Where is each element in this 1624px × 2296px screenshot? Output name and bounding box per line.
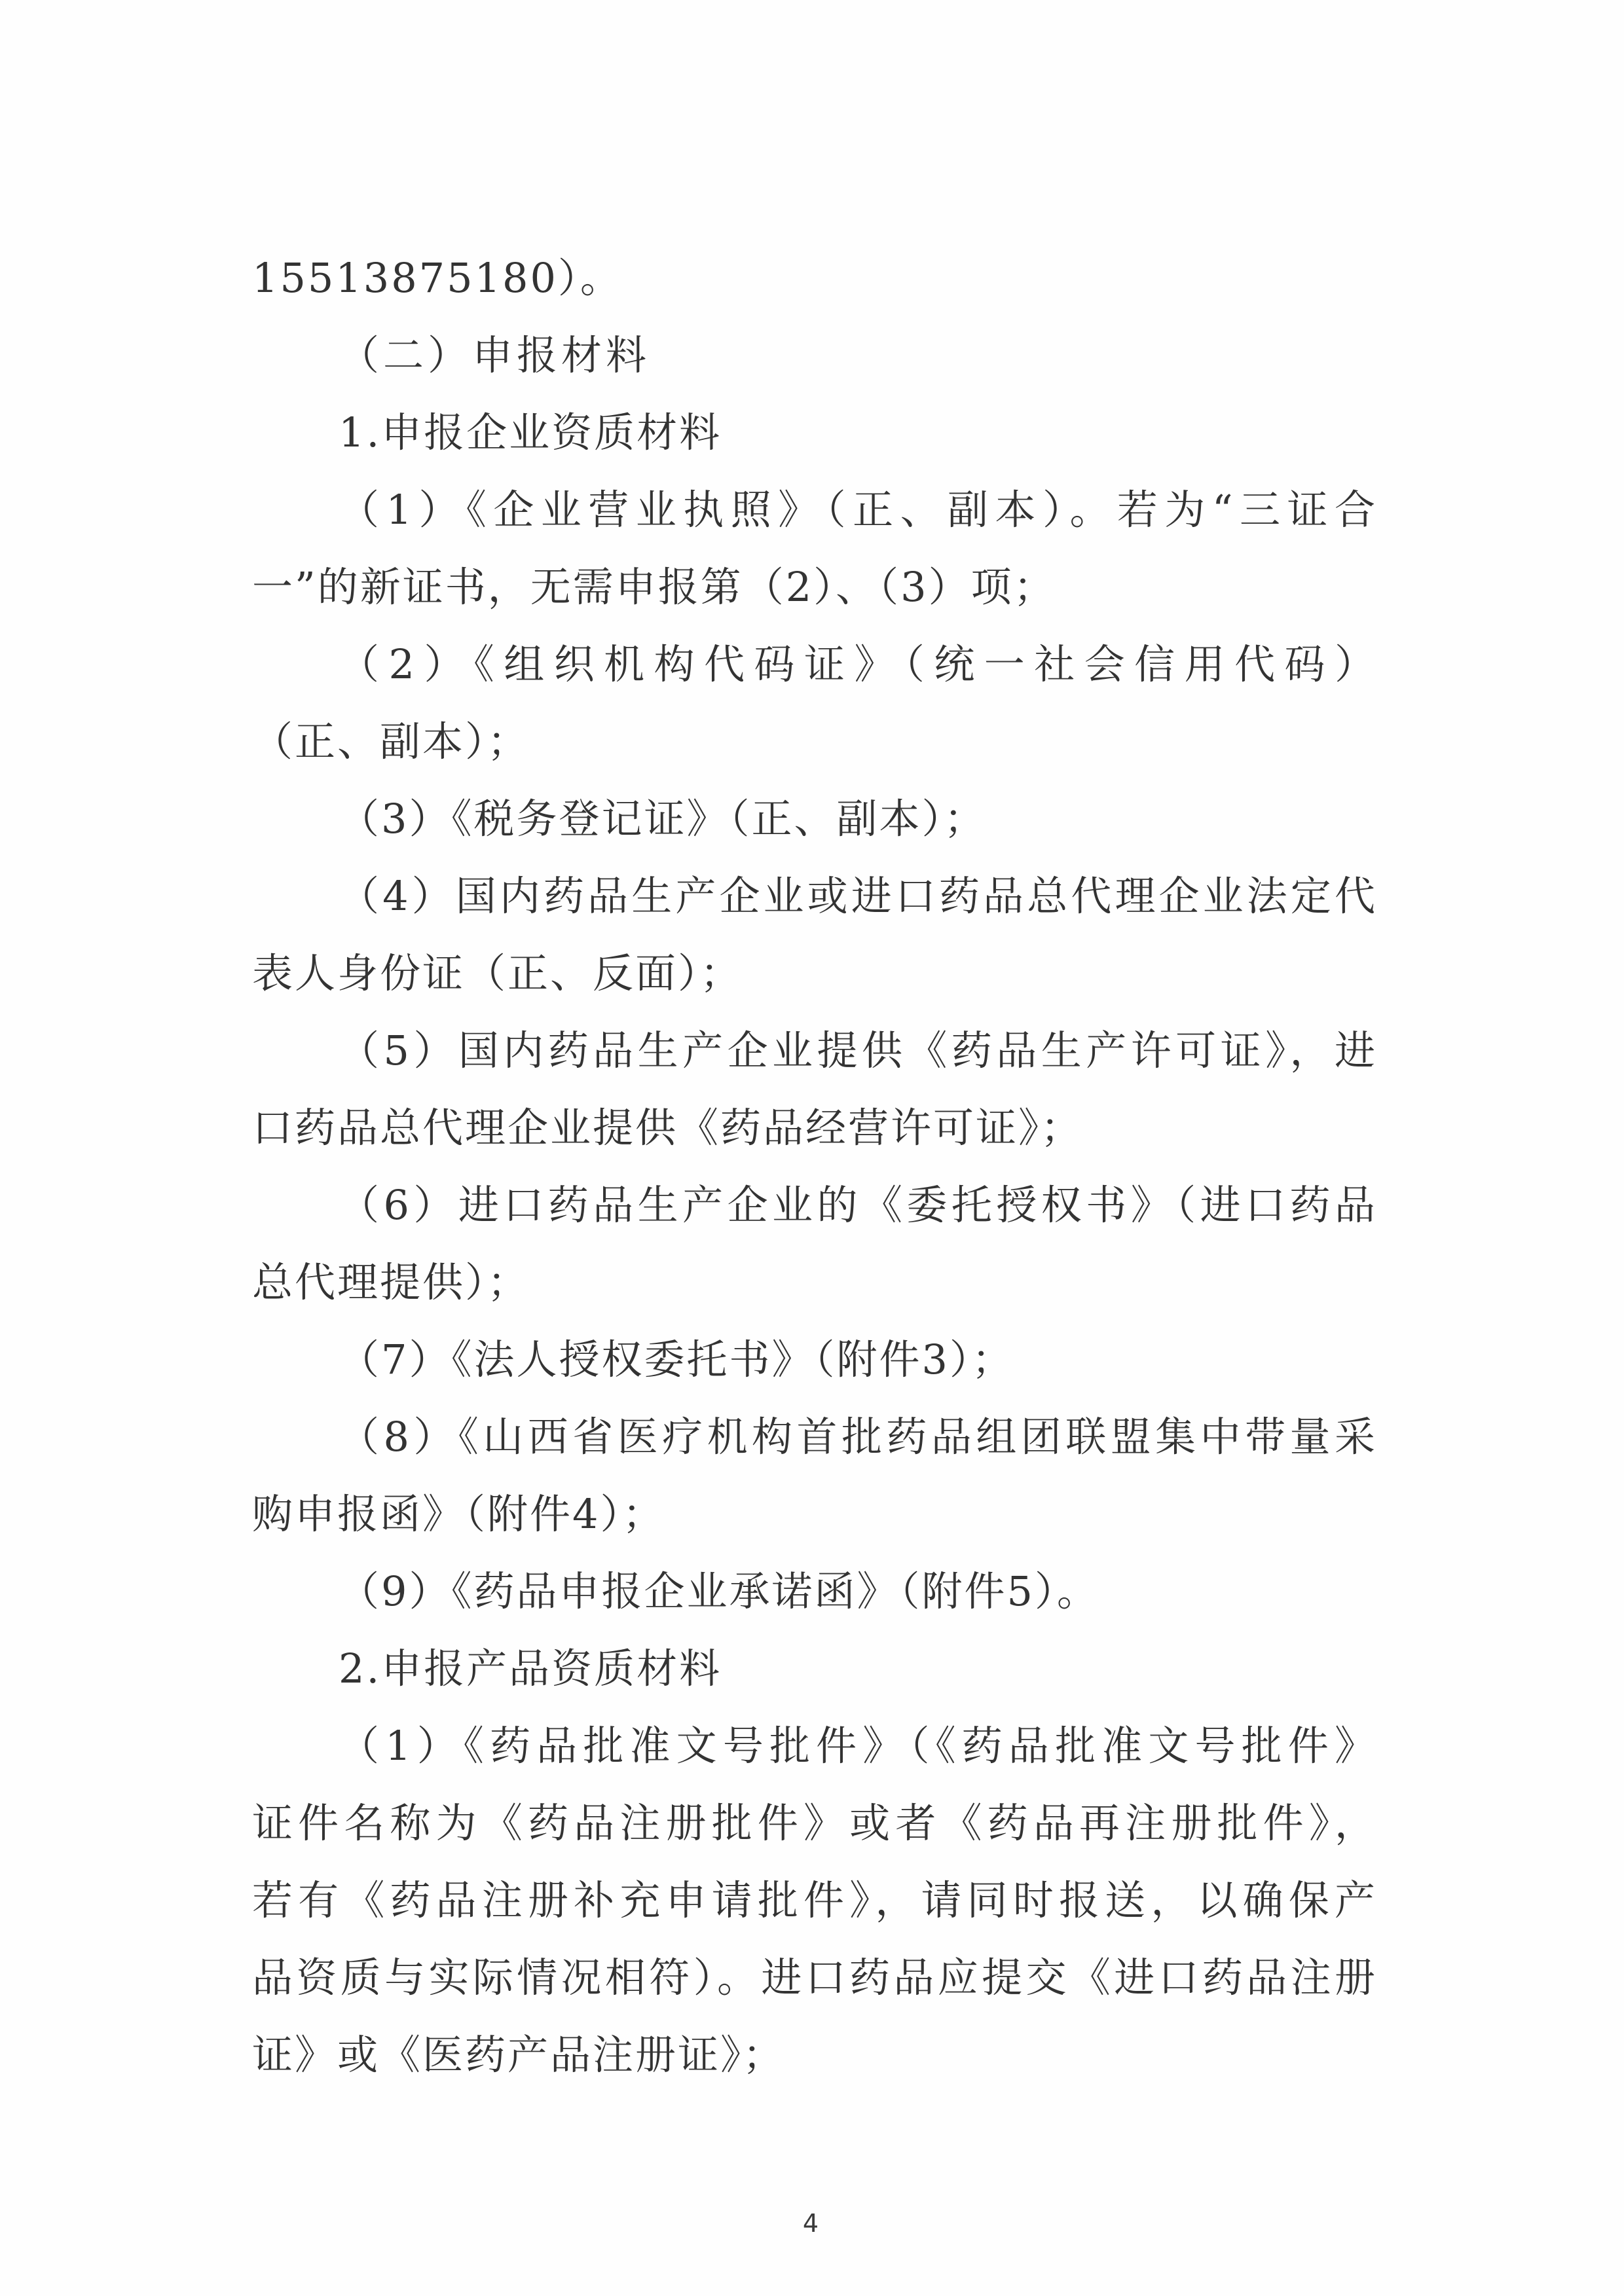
item-5-line-2: 口药品总代理企业提供《药品经营许可证》； (252, 1089, 1377, 1167)
item-6-line-2: 总代理提供）； (252, 1244, 1377, 1321)
body-text: 15513875180）。 （二）申报材料 1.申报企业资质材料 （1）《企业营… (252, 240, 1377, 2094)
subsection-heading-enterprise-qualifications: 1.申报企业资质材料 (252, 394, 1377, 471)
item-7-line-1: （7）《法人授权委托书》（附件3）； (252, 1321, 1377, 1398)
item-8-line-1: （8）《山西省医疗机构首批药品组团联盟集中带量采 (252, 1398, 1377, 1476)
subsection-heading-product-qualifications: 2.申报产品资质材料 (252, 1630, 1377, 1707)
item-5-line-1: （5）国内药品生产企业提供《药品生产许可证》，进 (252, 1012, 1377, 1089)
item-3-line-1: （3）《税务登记证》（正、副本）； (252, 780, 1377, 858)
item-4-line-1: （4）国内药品生产企业或进口药品总代理企业法定代 (252, 858, 1377, 935)
product-item-1-line-3: 若有《药品注册补充申请批件》，请同时报送，以确保产 (252, 1862, 1377, 1939)
item-2-line-1: （2）《组织机构代码证》（统一社会信用代码） (252, 626, 1377, 703)
item-2-line-2: （正、副本）； (252, 703, 1377, 780)
item-6-line-1: （6）进口药品生产企业的《委托授权书》（进口药品 (252, 1167, 1377, 1244)
product-item-1-line-2: 证件名称为《药品注册批件》或者《药品再注册批件》， (252, 1785, 1377, 1862)
item-1-line-1: （1）《企业营业执照》（正、副本）。若为“三证合 (252, 471, 1377, 549)
page-number: 4 (792, 2205, 829, 2242)
product-item-1-line-1: （1）《药品批准文号批件》（《药品批准文号批件》 (252, 1707, 1377, 1785)
product-item-1-line-5: 证》或《医药产品注册证》； (252, 2016, 1377, 2094)
product-item-1-line-4: 品资质与实际情况相符）。进口药品应提交《进口药品注册 (252, 1939, 1377, 2016)
phone-continuation-line: 15513875180）。 (252, 240, 1377, 317)
item-4-line-2: 表人身份证（正、反面）； (252, 935, 1377, 1012)
item-1-line-2: 一”的新证书，无需申报第（2）、（3）项； (252, 549, 1377, 626)
section-heading-application-materials: （二）申报材料 (252, 317, 1377, 394)
document-page: 15513875180）。 （二）申报材料 1.申报企业资质材料 （1）《企业营… (0, 0, 1624, 2296)
item-9-line-1: （9）《药品申报企业承诺函》（附件5）。 (252, 1553, 1377, 1630)
item-8-line-2: 购申报函》（附件4）； (252, 1476, 1377, 1553)
